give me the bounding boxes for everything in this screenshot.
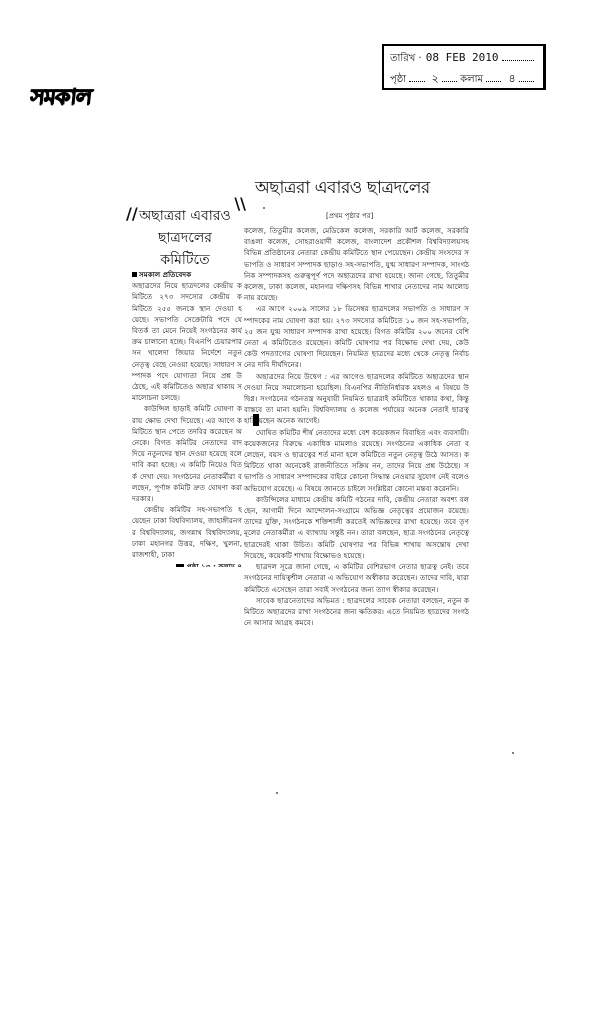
stamp-date-row: তারিখ · 08 FEB 2010 <box>390 48 537 69</box>
body-paragraph: কেন্দ্রীয় কমিটির সহ-সভাপতি হয়েছেন ঢাকা… <box>132 504 242 560</box>
stamp-dotted-line <box>409 71 424 82</box>
stamp-dotted-line <box>519 71 534 82</box>
front-page-headline: // \\ অছাত্ররা এবারও ছাত্রদলের কমিটিতে <box>130 205 240 271</box>
stamp-page-value: ২ <box>432 69 439 89</box>
body-paragraph: সাবেক ছাত্রনেতাদের অভিমত : ছাত্রদলের সাব… <box>244 595 469 629</box>
stamp-dotted-line <box>502 50 534 61</box>
arrow-box-icon <box>176 564 184 567</box>
scan-speck <box>263 207 265 209</box>
slash-mark-icon: \\ <box>234 193 246 215</box>
scan-speck <box>276 792 278 794</box>
stamp-column-label: কলাম <box>460 70 483 90</box>
stamp-dotted-line <box>442 71 457 82</box>
stamp-date-value: 08 FEB 2010 <box>426 48 499 68</box>
body-paragraph: কাউন্সিলের মাধ্যমে কেন্দ্রীয় কমিটি গঠনে… <box>244 494 469 561</box>
body-paragraph: কাউন্সিল ছাড়াই কমিটি ঘোষণা করায় ক্ষোভ … <box>132 403 242 504</box>
bullet-icon <box>132 272 137 277</box>
stamp-column-value: ৪ <box>508 69 515 89</box>
continuation-headline: অছাত্ররা এবারও ছাত্রদলের <box>255 178 465 198</box>
body-paragraph: এর আগে ২০০৯ সালের ১৮ ডিসেম্বর ছাত্রদলের … <box>244 303 469 370</box>
body-paragraph: ছাত্রদল সূত্রে জানা গেছে, এ কমিটির বেশির… <box>244 561 469 595</box>
newspaper-masthead: সমকাল <box>28 80 202 114</box>
front-headline-line-2: ছাত্রদলের <box>130 227 240 249</box>
continued-on-text: পৃষ্ঠা ১৩ : কলাম ৪ <box>187 562 242 567</box>
body-paragraph: অছাত্রদের নিয়ে উদ্বেগ : এর আগেও ছাত্রদল… <box>244 371 469 427</box>
body-paragraph: কলেজ, তিতুমীর কলেজ, মেডিকেল কলেজ, সরকারি… <box>244 225 469 303</box>
continued-on-marker: পৃষ্ঠা ১৩ : কলাম ৪ <box>132 561 242 567</box>
front-page-column: সমকাল প্রতিবেদক অছাত্রদের নিয়ে ছাত্রদলে… <box>132 269 242 567</box>
body-paragraph: ঘোষিত কমিটির শীর্ষ নেতাদের মধ্যে বেশ কয়… <box>244 427 469 494</box>
byline-paragraph: সমকাল প্রতিবেদক <box>132 269 242 280</box>
body-paragraph: অছাত্রদের নিয়ে ছাত্রদলের কেন্দ্রীয় কমি… <box>132 280 242 403</box>
continued-from-marker: [প্রথম পৃষ্ঠার পর] <box>326 210 373 222</box>
front-headline-line-3: কমিটিতে <box>130 249 240 271</box>
stamp-page-label: পৃষ্ঠা <box>390 70 406 90</box>
byline: সমকাল প্রতিবেদক <box>139 270 191 279</box>
ink-blot <box>253 414 259 426</box>
front-headline-line-1: অছাত্ররা এবারও <box>130 205 240 227</box>
stamp-dotted-line <box>486 71 501 82</box>
stamp-page-row: পৃষ্ঠা ২ কলাম ৪ <box>390 69 537 90</box>
stamp-date-label: তারিখ <box>390 49 415 69</box>
slash-mark-icon: // <box>126 203 138 225</box>
clipping-date-stamp: তারিখ · 08 FEB 2010 পৃষ্ঠা ২ কলাম ৪ <box>382 44 546 90</box>
scan-speck <box>512 752 514 754</box>
continuation-column: কলেজ, তিতুমীর কলেজ, মেডিকেল কলেজ, সরকারি… <box>244 225 469 791</box>
